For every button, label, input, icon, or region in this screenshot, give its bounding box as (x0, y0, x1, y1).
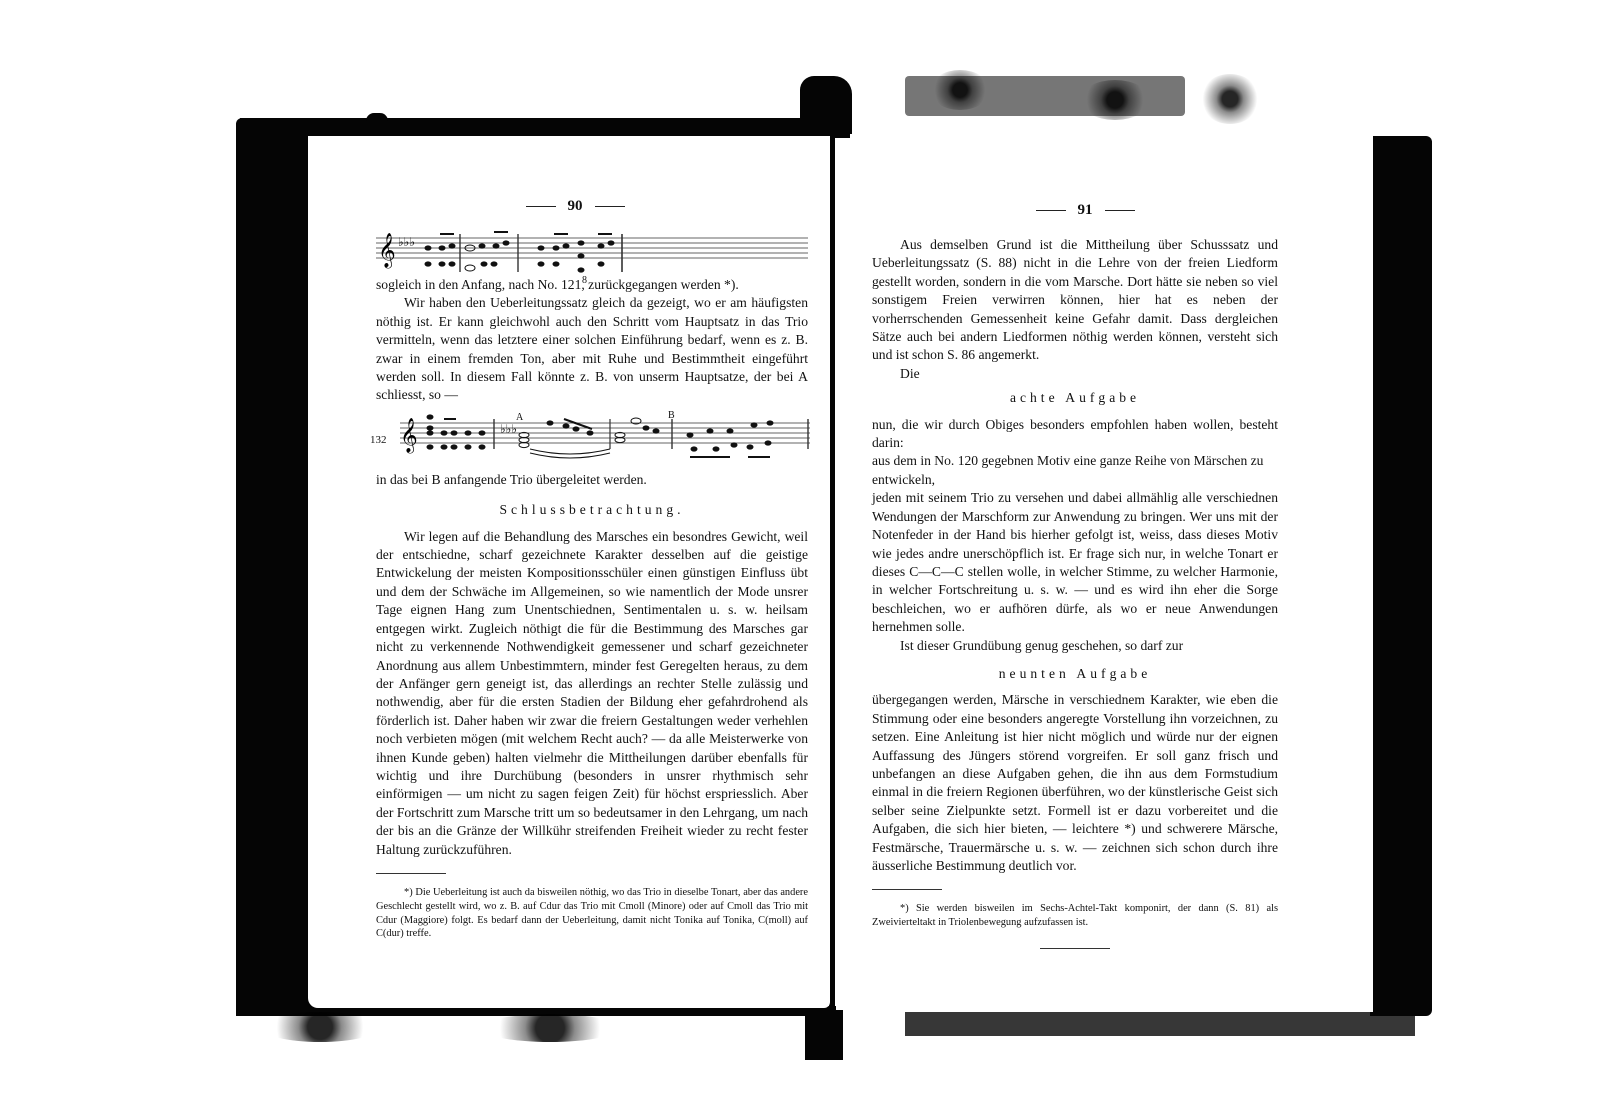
book-cover-right (1370, 136, 1432, 1016)
right-paragraph-3: jeden mit seinem Trio zu versehen und da… (872, 489, 1278, 636)
svg-text:♭♭♭: ♭♭♭ (500, 422, 517, 436)
book-cover-left (236, 118, 314, 1016)
section-heading-neunten-aufgabe: neunten Aufgabe (872, 665, 1278, 683)
left-paragraph-1: Wir haben den Ueberleitungssatz gleich d… (376, 294, 808, 404)
book-bookmark-bump (366, 113, 388, 121)
right-lead-in: Die (872, 365, 1278, 383)
task-quote: aus dem in No. 120 gegebnen Motiv eine g… (872, 452, 1278, 489)
scanned-book-spread: 90 𝄞 ♭♭♭ (0, 0, 1600, 1108)
example-number: 132 (370, 431, 387, 449)
book-top-edge-left (240, 118, 815, 138)
section-heading-schlussbetrachtung: Schlussbetrachtung. (376, 501, 808, 519)
footnote-divider (872, 889, 942, 890)
right-paragraph-4: Ist dieser Grundübung genug geschehen, s… (872, 637, 1278, 655)
left-paragraph-2: Wir legen auf die Behandlung des Marsche… (376, 528, 808, 859)
left-footnote: *) Die Ueberleitung ist auch da bisweile… (376, 886, 808, 941)
music-staff-icon: 𝄞 ♭♭♭ (400, 409, 810, 469)
page-number-text: 90 (568, 198, 583, 214)
svg-text:𝄞: 𝄞 (400, 418, 418, 454)
book-bottom-right-shadow (905, 1012, 1415, 1036)
left-text-after-example-2: in das bei B anfangende Trio übergeleite… (376, 471, 808, 489)
music-staff-icon: 𝄞 ♭♭♭ (376, 226, 808, 286)
music-example-132: 132 𝄞 ♭♭♭ (376, 409, 808, 465)
book-spine-bottom (805, 1010, 843, 1060)
example-label-b: B (668, 407, 675, 425)
svg-text:♭♭♭: ♭♭♭ (398, 235, 415, 249)
right-paragraph-2: nun, die wir durch Obiges besonders empf… (872, 416, 1278, 453)
music-example-1: 𝄞 ♭♭♭ 8 (376, 226, 808, 278)
footnote-divider (376, 873, 446, 874)
example-1-annotation: 8 (582, 272, 587, 290)
page-number-right: 91 (1010, 202, 1160, 219)
right-paragraph-1: Aus demselben Grund ist die Mittheilung … (872, 236, 1278, 365)
page-number-left: 90 (500, 198, 650, 215)
right-paragraph-5: übergegangen werden, Märsche in verschie… (872, 691, 1278, 875)
section-heading-achte-aufgabe: achte Aufgabe (872, 389, 1278, 407)
right-footnote: *) Sie werden bisweilen im Sechs-Achtel-… (872, 902, 1278, 930)
svg-text:𝄞: 𝄞 (378, 233, 396, 269)
page-number-text: 91 (1078, 202, 1093, 218)
left-page-text-column: 𝄞 ♭♭♭ 8 sogleich in den Anfang, nach No.… (376, 226, 808, 941)
book-spine-top (800, 76, 852, 138)
right-page-text-column: Aus demselben Grund ist die Mittheilung … (872, 236, 1278, 949)
example-label-a: A (516, 409, 523, 427)
end-rule (1040, 948, 1110, 949)
